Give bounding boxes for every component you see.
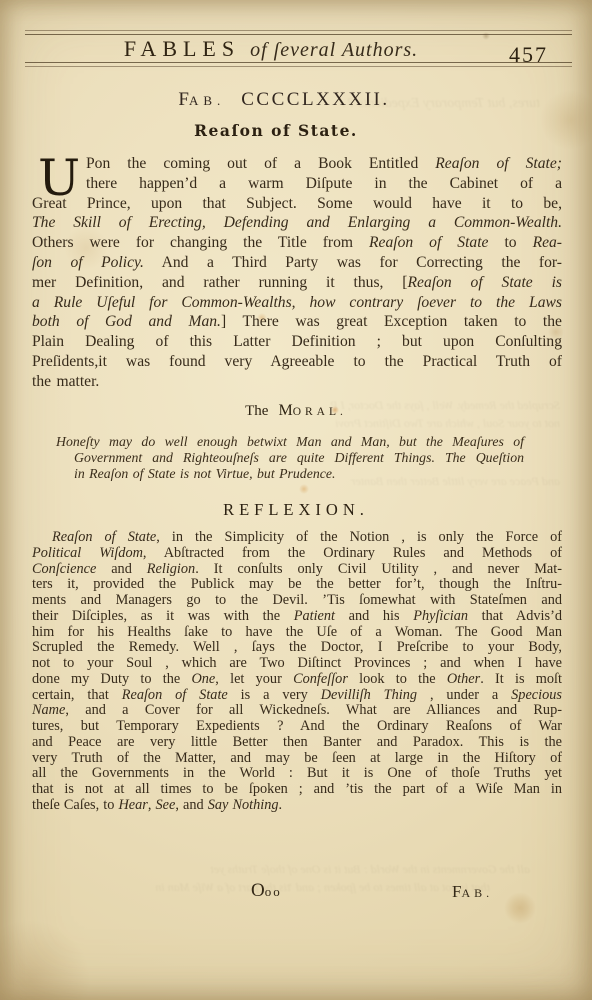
text-line: Plain Dealing of this Latter Definition … bbox=[32, 332, 562, 352]
text-line: that is not at all times to be ſpoken ; … bbox=[32, 782, 562, 798]
text-line: The Skill of Erecting, Defending and Enl… bbox=[32, 213, 562, 233]
text-line: Others were for changing the Title from … bbox=[32, 233, 562, 253]
fab-prefix-initial: F bbox=[178, 89, 189, 110]
text-line: and Peace are very little Better then Ba… bbox=[32, 735, 562, 751]
text-line: both of God and Man.] There was great Ex… bbox=[32, 312, 562, 332]
catchword-smallcaps: AB. bbox=[461, 886, 493, 900]
bleedthrough-ghost-text: all the Governments in the World : But i… bbox=[70, 862, 530, 877]
header-rule-top-outer bbox=[25, 30, 572, 31]
text-line: the matter. bbox=[32, 372, 562, 392]
reflexion-paragraph: Reaſon of State, in the Simplicity of th… bbox=[32, 530, 562, 814]
text-line: Name, and a Cover for all Wickedneſs. Wh… bbox=[32, 703, 562, 719]
moral-heading: The MORAL. bbox=[0, 402, 592, 420]
text-line: Government and Righteouſneſs are quite D… bbox=[56, 450, 524, 466]
signature-small: oo bbox=[265, 884, 282, 899]
text-line: theſe Caſes, to Hear, See, and Say Nothi… bbox=[32, 798, 562, 814]
reflexion-heading: REFLEXION. bbox=[0, 500, 592, 520]
running-head-title-italic: of ſeveral Authors. bbox=[250, 39, 418, 61]
text-line: Pon the coming out of a Book Entitled Re… bbox=[32, 154, 562, 174]
moral-paragraph: Honeſty may do well enough betwixt Man a… bbox=[56, 434, 524, 481]
fable-number-heading: FAB.CCCCLXXXII. bbox=[0, 89, 580, 111]
running-head: FABLES of ſeveral Authors. bbox=[40, 36, 502, 62]
text-line: Honeſty may do well enough betwixt Man a… bbox=[56, 434, 524, 450]
section-title-blackletter: Reaſon of State. bbox=[0, 121, 572, 140]
text-line: certain, that Reaſon of State is a very … bbox=[32, 688, 562, 704]
text-line: Great Prince, upon that Subject. Some wo… bbox=[32, 194, 562, 214]
text-line: Reaſon of State, in the Simplicity of th… bbox=[32, 530, 562, 546]
book-page-scan: FABLES of ſeveral Authors. 457 FAB.CCCCL… bbox=[0, 0, 592, 1000]
text-line: ters it, provided the Publick may be the… bbox=[32, 577, 562, 593]
text-line: Conſcience and Religion. It conſults onl… bbox=[32, 562, 562, 578]
text-line: a Rule Uſeful for Common-Wealths, how co… bbox=[32, 293, 562, 313]
moral-heading-smallcaps: ORAL. bbox=[293, 406, 347, 418]
moral-heading-initial: M bbox=[278, 402, 292, 419]
moral-heading-the: The bbox=[245, 403, 268, 419]
text-line: all the Governments in the World : But i… bbox=[32, 766, 562, 782]
fab-roman-numeral: CCCCLXXXII. bbox=[241, 89, 389, 110]
header-rule-bottom-outer bbox=[25, 66, 572, 67]
page-number: 457 bbox=[509, 42, 548, 68]
running-head-title-caps: FABLES bbox=[124, 36, 240, 61]
text-line: in Reaſon of State is not Virtue, but Pr… bbox=[56, 466, 524, 482]
text-line: not to your Soul , which are Two Diſtinc… bbox=[32, 656, 562, 672]
text-line: Scrupled the Remedy. Well , ſays the Doc… bbox=[32, 640, 562, 656]
text-line: him for his Healths ſake to have the Uſe… bbox=[32, 625, 562, 641]
text-line: done my Duty to the One, let your Confeſ… bbox=[32, 672, 562, 688]
header-rule-bottom-inner bbox=[25, 62, 572, 63]
text-line: ſon of Policy. And a Third Party was for… bbox=[32, 253, 562, 273]
fab-prefix-smallcaps: AB. bbox=[189, 93, 225, 108]
opening-paragraph: Pon the coming out of a Book Entitled Re… bbox=[32, 154, 562, 392]
text-line: Preſidents,it was found very Agreeable t… bbox=[32, 352, 562, 372]
text-line: their Diſciples, as it was with the Pati… bbox=[32, 609, 562, 625]
header-rule-top-inner bbox=[25, 34, 572, 35]
text-line: Political Wiſdom, Abſtracted from the Or… bbox=[32, 546, 562, 562]
text-line: there happen’d a warm Diſpute in the Cab… bbox=[32, 174, 562, 194]
text-line: mer Definition, and rather running it th… bbox=[32, 273, 562, 293]
signature-mark: Ooo bbox=[251, 880, 282, 902]
text-line: very Truth of the Matter, and may be ſee… bbox=[32, 751, 562, 767]
signature-initial: O bbox=[251, 880, 265, 901]
text-line: ments and Managers go to the Devil. ’Tis… bbox=[32, 593, 562, 609]
catchword: FAB. bbox=[452, 882, 493, 902]
bleedthrough-ghost-text: that is not at all times to be ſpoken ; … bbox=[110, 880, 490, 895]
text-line: tures, but Temporary Expedients ? And th… bbox=[32, 719, 562, 735]
